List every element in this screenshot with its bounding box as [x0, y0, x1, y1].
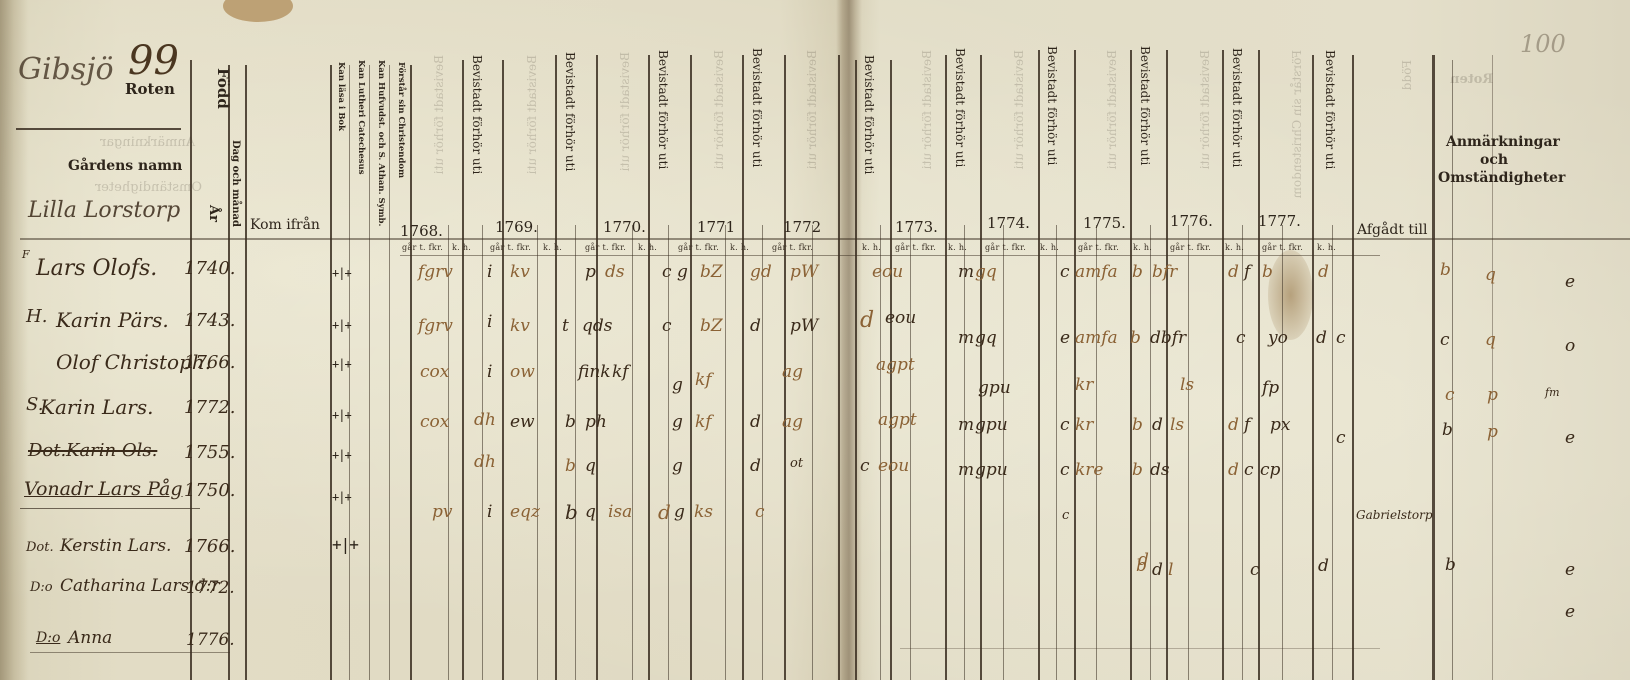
- exam-entry: ag: [782, 362, 803, 382]
- header-ar: År: [206, 205, 221, 222]
- column-divider: [1432, 55, 1435, 680]
- row-rule: [20, 508, 200, 509]
- exam-entry: c: [1244, 460, 1254, 480]
- bleed-through-text: Förstår sin Christendom: [1290, 50, 1304, 198]
- exam-entry: ls: [1180, 375, 1194, 395]
- rule: [16, 128, 181, 130]
- column-divider: [349, 65, 350, 680]
- exam-entry: gq: [975, 262, 997, 282]
- exam-entry: isa: [608, 502, 632, 522]
- subheader-gar: går t. fkr.: [490, 243, 531, 252]
- exam-entry: eqz: [510, 502, 540, 522]
- exam-entry: d: [1318, 556, 1329, 576]
- column-divider: [880, 225, 881, 680]
- person-name: Karin Pärs.: [56, 308, 169, 332]
- exam-entry: fp: [1262, 378, 1279, 398]
- column-divider: [1222, 50, 1224, 680]
- page-number-left: 99: [128, 38, 179, 84]
- rote-label: Roten: [125, 80, 175, 98]
- exam-entry: eou: [872, 262, 903, 282]
- exam-entry: agpt: [876, 355, 915, 375]
- column-divider: [964, 225, 965, 680]
- exam-entry: c: [755, 502, 765, 522]
- exam-entry: kr: [1075, 415, 1093, 435]
- person-prefix: H.: [26, 306, 47, 327]
- exam-entry: d: [1228, 262, 1239, 282]
- column-divider: [725, 225, 726, 680]
- page-edge-shadow: [0, 0, 28, 680]
- exam-entry: c: [662, 262, 672, 282]
- subheader-kh: k. h.: [1317, 243, 1336, 252]
- exam-entry: g: [672, 456, 683, 476]
- exam-entry: f: [1244, 415, 1250, 435]
- exam-entry: l: [1168, 560, 1173, 580]
- exam-entry: d: [1152, 560, 1163, 580]
- exam-entry: ot: [790, 456, 803, 471]
- remark-entry: q: [1485, 265, 1496, 285]
- header-afgatt-till: Afgådt till: [1357, 222, 1427, 238]
- row-rule: [30, 652, 230, 653]
- exam-entry: fgrv: [418, 262, 453, 282]
- exam-entry: fgrv: [418, 316, 453, 336]
- column-divider: [1312, 55, 1314, 680]
- column-divider: [575, 225, 576, 680]
- exam-entry: pv: [432, 502, 453, 522]
- farm-label: Gårdens namn: [68, 158, 182, 174]
- exam-entry: c: [860, 456, 870, 476]
- person-name: Lars Olofs.: [36, 256, 157, 281]
- exam-entry: b: [1130, 328, 1141, 348]
- subheader-gar: går t. fkr.: [895, 243, 936, 252]
- column-divider: [389, 65, 390, 680]
- column-divider: [812, 225, 813, 680]
- exam-entry: ls: [1170, 415, 1184, 435]
- bleed-through-text: Bevistadt förhör uti: [525, 55, 539, 174]
- person-birth-year: 1772.: [184, 397, 236, 418]
- subheader-gar: går t. fkr.: [1170, 243, 1211, 252]
- header-bevistadt-1769: Bevistadt förhör uti: [563, 52, 577, 171]
- exam-entry: fink: [578, 362, 611, 382]
- bleed-through-text: Bevistadt förhör uti: [1105, 50, 1119, 169]
- remark-entry: p: [1487, 385, 1498, 405]
- column-divider: [245, 65, 247, 680]
- exam-entry: d: [658, 500, 671, 524]
- exam-entry: d: [860, 308, 874, 333]
- exam-entry: ew: [510, 412, 535, 432]
- header-bevistadt-1771: Bevistadt förhör uti: [750, 48, 764, 167]
- stain: [1268, 250, 1313, 340]
- exam-entry: ow: [510, 362, 535, 382]
- exam-entry: qds: [582, 316, 613, 336]
- exam-entry: t: [562, 316, 569, 336]
- year-1775: 1775.: [1083, 214, 1126, 232]
- column-divider: [555, 55, 557, 680]
- column-divider: [410, 65, 412, 680]
- exam-entry: d: [1318, 262, 1329, 282]
- column-divider: [1282, 225, 1283, 680]
- subheader-gar: går t. fkr.: [678, 243, 719, 252]
- row-rule: [900, 648, 1380, 649]
- column-divider: [855, 60, 857, 680]
- exam-entry: c: [1336, 428, 1346, 448]
- exam-entry: kf: [612, 362, 629, 382]
- exam-entry: ph: [585, 412, 607, 432]
- header-bevistadt-1776: Bevistadt förhör uti: [1138, 46, 1152, 165]
- column-divider: [369, 65, 370, 680]
- exam-entry: eou: [885, 308, 916, 328]
- person-birth-year: 1766.: [184, 352, 236, 373]
- exam-entry: kf: [695, 370, 712, 390]
- knowledge-marks: +|+: [332, 266, 351, 280]
- column-divider: [762, 225, 763, 680]
- year-1776: 1776.: [1170, 212, 1213, 230]
- exam-entry: m: [958, 415, 974, 435]
- subheader-gar: går t. fkr.: [772, 243, 813, 252]
- person-prefix: Dot.: [28, 440, 66, 461]
- exam-entry: ds: [605, 262, 625, 282]
- exam-entry: c: [1060, 262, 1070, 282]
- exam-entry: g: [674, 502, 685, 522]
- remark-entry: b: [1442, 420, 1453, 440]
- rote-handwritten: Gibsjö: [18, 52, 114, 87]
- remark-entry: p: [1487, 422, 1498, 442]
- exam-entry: b: [565, 500, 578, 524]
- bleed-through-text: Roten: [1450, 72, 1493, 87]
- column-divider: [1332, 225, 1333, 680]
- header-omstandigheter: Omständigheter: [1438, 170, 1565, 186]
- subheader-kh: k. h.: [730, 243, 749, 252]
- person-name-struck: Karin Ols.: [66, 440, 157, 461]
- exam-entry: i: [487, 262, 492, 282]
- column-divider: [1188, 225, 1189, 680]
- exam-entry: m: [958, 262, 974, 282]
- column-divider: [448, 225, 449, 680]
- person-prefix: Dot.: [26, 540, 54, 555]
- column-divider: [648, 55, 650, 680]
- exam-entry: b: [1132, 262, 1143, 282]
- exam-entry: eou: [878, 456, 909, 476]
- person-name: Anna: [68, 628, 112, 648]
- column-divider: [668, 225, 669, 680]
- header-kan-luthers: Kan Lutheri Catechesus: [356, 60, 366, 175]
- exam-entry: pW: [790, 262, 818, 282]
- column-divider: [1003, 225, 1004, 680]
- exam-entry: d: [1228, 460, 1239, 480]
- header-kan-lasa: Kan läsa i Bok: [336, 62, 346, 131]
- column-divider: [1492, 55, 1493, 680]
- person-birth-year: 1743.: [184, 310, 236, 331]
- column-divider: [1074, 50, 1076, 680]
- exam-entry: bfr: [1152, 262, 1177, 282]
- exam-entry: gpu: [975, 415, 1008, 435]
- header-kan-huvudst: Kan Hufvudst. och S. Athan. Symb.: [376, 60, 386, 226]
- document-spread: Gibsjö 99 Roten Gårdens namn Anmärkninga…: [0, 0, 1630, 680]
- exam-entry: d: [1152, 415, 1163, 435]
- header-rule: [20, 238, 1630, 240]
- exam-entry: kr: [1075, 375, 1093, 395]
- exam-entry: i: [487, 312, 492, 332]
- exam-entry: d: [1316, 328, 1327, 348]
- bleed-through-text: Omständigheter: [95, 180, 202, 195]
- exam-entry: g: [672, 375, 683, 395]
- knowledge-marks: +|+: [332, 535, 358, 554]
- bleed-through-text: Bevistadt förhör uti: [805, 50, 819, 169]
- exam-entry: dh: [474, 410, 496, 430]
- exam-entry: e: [1060, 328, 1070, 348]
- subheader-gar: går t. fkr.: [402, 243, 443, 252]
- remark-entry: c: [1445, 385, 1455, 405]
- exam-entry: px: [1270, 415, 1290, 435]
- page-number-right: 100: [1520, 30, 1566, 58]
- header-bevistadt-1770: Bevistadt förhör uti: [656, 50, 670, 169]
- exam-entry: q: [585, 456, 596, 476]
- person-name: Karin Lars.: [40, 395, 153, 419]
- person-name: Kerstin Lars.: [60, 536, 171, 556]
- column-divider: [502, 60, 504, 680]
- header-anmarkningar: Anmärkningar: [1446, 134, 1560, 150]
- subheader-gar: går t. fkr.: [1078, 243, 1119, 252]
- exam-entry: ag: [782, 412, 803, 432]
- column-divider: [945, 55, 947, 680]
- column-divider: [690, 55, 692, 680]
- column-divider: [537, 225, 538, 680]
- exam-entry: cox: [420, 362, 449, 382]
- column-divider: [462, 60, 464, 680]
- year-1773: 1773.: [895, 218, 938, 236]
- exam-entry: g: [672, 412, 683, 432]
- remark-entry: q: [1485, 330, 1496, 350]
- person-birth-year: 1776.: [186, 630, 235, 650]
- knowledge-marks: +|+: [332, 448, 351, 462]
- knowledge-marks: +|+: [332, 408, 351, 422]
- person-birth-year: 1766.: [184, 536, 236, 557]
- subheader-kh: k. h.: [543, 243, 562, 252]
- remark-entry: b: [1440, 260, 1451, 280]
- exam-entry: m: [958, 328, 974, 348]
- column-divider: [1352, 55, 1354, 680]
- exam-entry: i: [487, 502, 492, 522]
- exam-entry: amfa: [1075, 328, 1118, 348]
- header-bevistadt-1777: Bevistadt förhör uti: [1230, 48, 1244, 167]
- remark-entry: e: [1565, 602, 1575, 622]
- column-divider: [1452, 60, 1453, 680]
- subheader-kh: k. h.: [862, 243, 881, 252]
- header-och: och: [1480, 152, 1508, 168]
- year-1774: 1774.: [987, 214, 1030, 232]
- exam-entry: ds: [1150, 460, 1170, 480]
- bleed-through-text: Bevistadt förhör uti: [432, 55, 446, 174]
- column-divider: [742, 55, 744, 680]
- knowledge-marks: +|+: [332, 318, 351, 332]
- exam-entry: bZ: [700, 262, 723, 282]
- exam-entry: cp: [1260, 460, 1280, 480]
- exam-entry: c: [1060, 415, 1070, 435]
- exam-entry: f: [1244, 262, 1250, 282]
- bleed-through-text: Född: [1400, 60, 1414, 90]
- exam-entry: b: [565, 456, 576, 476]
- bleed-through-text: Bevistadt förhör uti: [920, 50, 934, 169]
- exam-entry: b: [1132, 415, 1143, 435]
- exam-entry: c: [1250, 560, 1260, 580]
- exam-entry: d: [750, 456, 761, 476]
- column-divider: [1258, 50, 1260, 680]
- person-name: Vonadr Lars Påg: [24, 478, 183, 500]
- exam-entry: gpu: [975, 460, 1008, 480]
- exam-entry: kv: [510, 316, 530, 336]
- column-divider: [632, 225, 633, 680]
- bleed-through-text: Bevistadt förhör uti: [712, 50, 726, 169]
- year-1777: 1777.: [1258, 212, 1301, 230]
- exam-entry: kf: [695, 412, 712, 432]
- exam-entry: c: [1062, 508, 1069, 523]
- bleed-through-text: Bevistadt förhör uti: [618, 52, 632, 171]
- column-divider: [330, 65, 332, 680]
- person-prefix: F: [22, 248, 30, 261]
- column-divider: [1166, 50, 1168, 680]
- exam-entry: cox: [420, 412, 449, 432]
- exam-entry: i: [487, 362, 492, 382]
- person-birth-year: 1740.: [184, 258, 236, 279]
- remark-entry: o: [1565, 336, 1575, 356]
- remark-entry: fm: [1545, 386, 1560, 399]
- bleed-through-text: Bevistadt förhör uti: [1012, 50, 1026, 169]
- remark-entry: e: [1565, 272, 1575, 292]
- exam-entry: dbfr: [1150, 328, 1186, 348]
- year-1770: 1770.: [603, 218, 646, 236]
- header-bevistadt-1774: Bevistadt förhör uti: [953, 48, 967, 167]
- person-birth-year: 1772.: [186, 578, 235, 598]
- person-birth-year: 1755.: [184, 442, 236, 463]
- person-prefix: D:o: [30, 580, 53, 595]
- exam-entry: gq: [975, 328, 997, 348]
- remark-entry: e: [1565, 428, 1575, 448]
- exam-entry: c: [1236, 328, 1246, 348]
- column-divider: [1056, 225, 1057, 680]
- header-bevistadt-1775: Bevistadt förhör uti: [1045, 46, 1059, 165]
- remark-entry: c: [1440, 330, 1450, 350]
- header-bevistadt-1773: Bevistadt förhör uti: [862, 55, 876, 174]
- exam-entry: c: [1336, 328, 1346, 348]
- year-1772: 1772: [783, 218, 821, 236]
- exam-entry: p: [585, 262, 596, 282]
- exam-entry: amfa: [1075, 262, 1118, 282]
- exam-entry: c: [1060, 460, 1070, 480]
- subheader-gar: går t. fkr.: [585, 243, 626, 252]
- exam-entry: bZ: [700, 316, 723, 336]
- exam-entry: g: [677, 262, 688, 282]
- year-1771: 1771: [697, 218, 735, 236]
- exam-entry: dh: [474, 452, 496, 472]
- column-divider: [1150, 225, 1151, 680]
- column-divider: [1038, 50, 1040, 680]
- stain: [223, 0, 293, 22]
- farm-name-handwritten: Lilla Lorstorp: [28, 198, 180, 223]
- exam-entry: kv: [510, 262, 530, 282]
- remark-entry: e: [1565, 560, 1575, 580]
- exam-entry: d: [1228, 415, 1239, 435]
- column-divider: [1242, 225, 1243, 680]
- exam-entry: ks: [694, 502, 713, 522]
- knowledge-marks: +|+: [332, 357, 351, 371]
- bleed-through-text: Anmärkningar: [100, 135, 195, 150]
- exam-entry: pW: [790, 316, 818, 336]
- afgatt-entry: Gabrielstorp: [1356, 508, 1433, 522]
- exam-entry: b: [1132, 460, 1143, 480]
- exam-entry: kre: [1075, 460, 1104, 480]
- exam-entry: gd: [750, 262, 772, 282]
- column-divider: [910, 225, 911, 680]
- exam-entry: b: [1136, 556, 1147, 576]
- column-divider: [1130, 50, 1132, 680]
- exam-entry: agpt: [878, 410, 917, 430]
- header-forstar: Förstår sin Christendom: [396, 62, 406, 178]
- header-dag-och-manad: Dag och månad: [230, 140, 241, 227]
- exam-entry: c: [662, 316, 672, 336]
- knowledge-marks: +|+: [332, 490, 351, 504]
- exam-entry: gpu: [978, 378, 1011, 398]
- remark-entry: b: [1445, 555, 1456, 575]
- subheader-gar: går t. fkr.: [985, 243, 1026, 252]
- header-bevistadt-1778: Bevistadt förhör uti: [1323, 50, 1337, 169]
- exam-entry: d: [750, 412, 761, 432]
- header-kom-ifran: Kom ifrån: [250, 217, 320, 233]
- column-divider: [980, 55, 982, 680]
- header-bevistadt-1768: Bevistadt förhör uti: [470, 55, 484, 174]
- column-divider: [1096, 225, 1097, 680]
- person-birth-year: 1750.: [184, 480, 236, 501]
- exam-entry: yo: [1268, 328, 1288, 348]
- exam-entry: b: [1262, 262, 1273, 282]
- exam-entry: d: [750, 316, 761, 336]
- exam-entry: m: [958, 460, 974, 480]
- exam-entry: b: [565, 412, 576, 432]
- column-divider: [838, 55, 840, 680]
- person-prefix: D:o: [36, 630, 60, 646]
- exam-entry: q: [585, 502, 596, 522]
- bleed-through-text: Bevistadt förhör uti: [1198, 50, 1212, 169]
